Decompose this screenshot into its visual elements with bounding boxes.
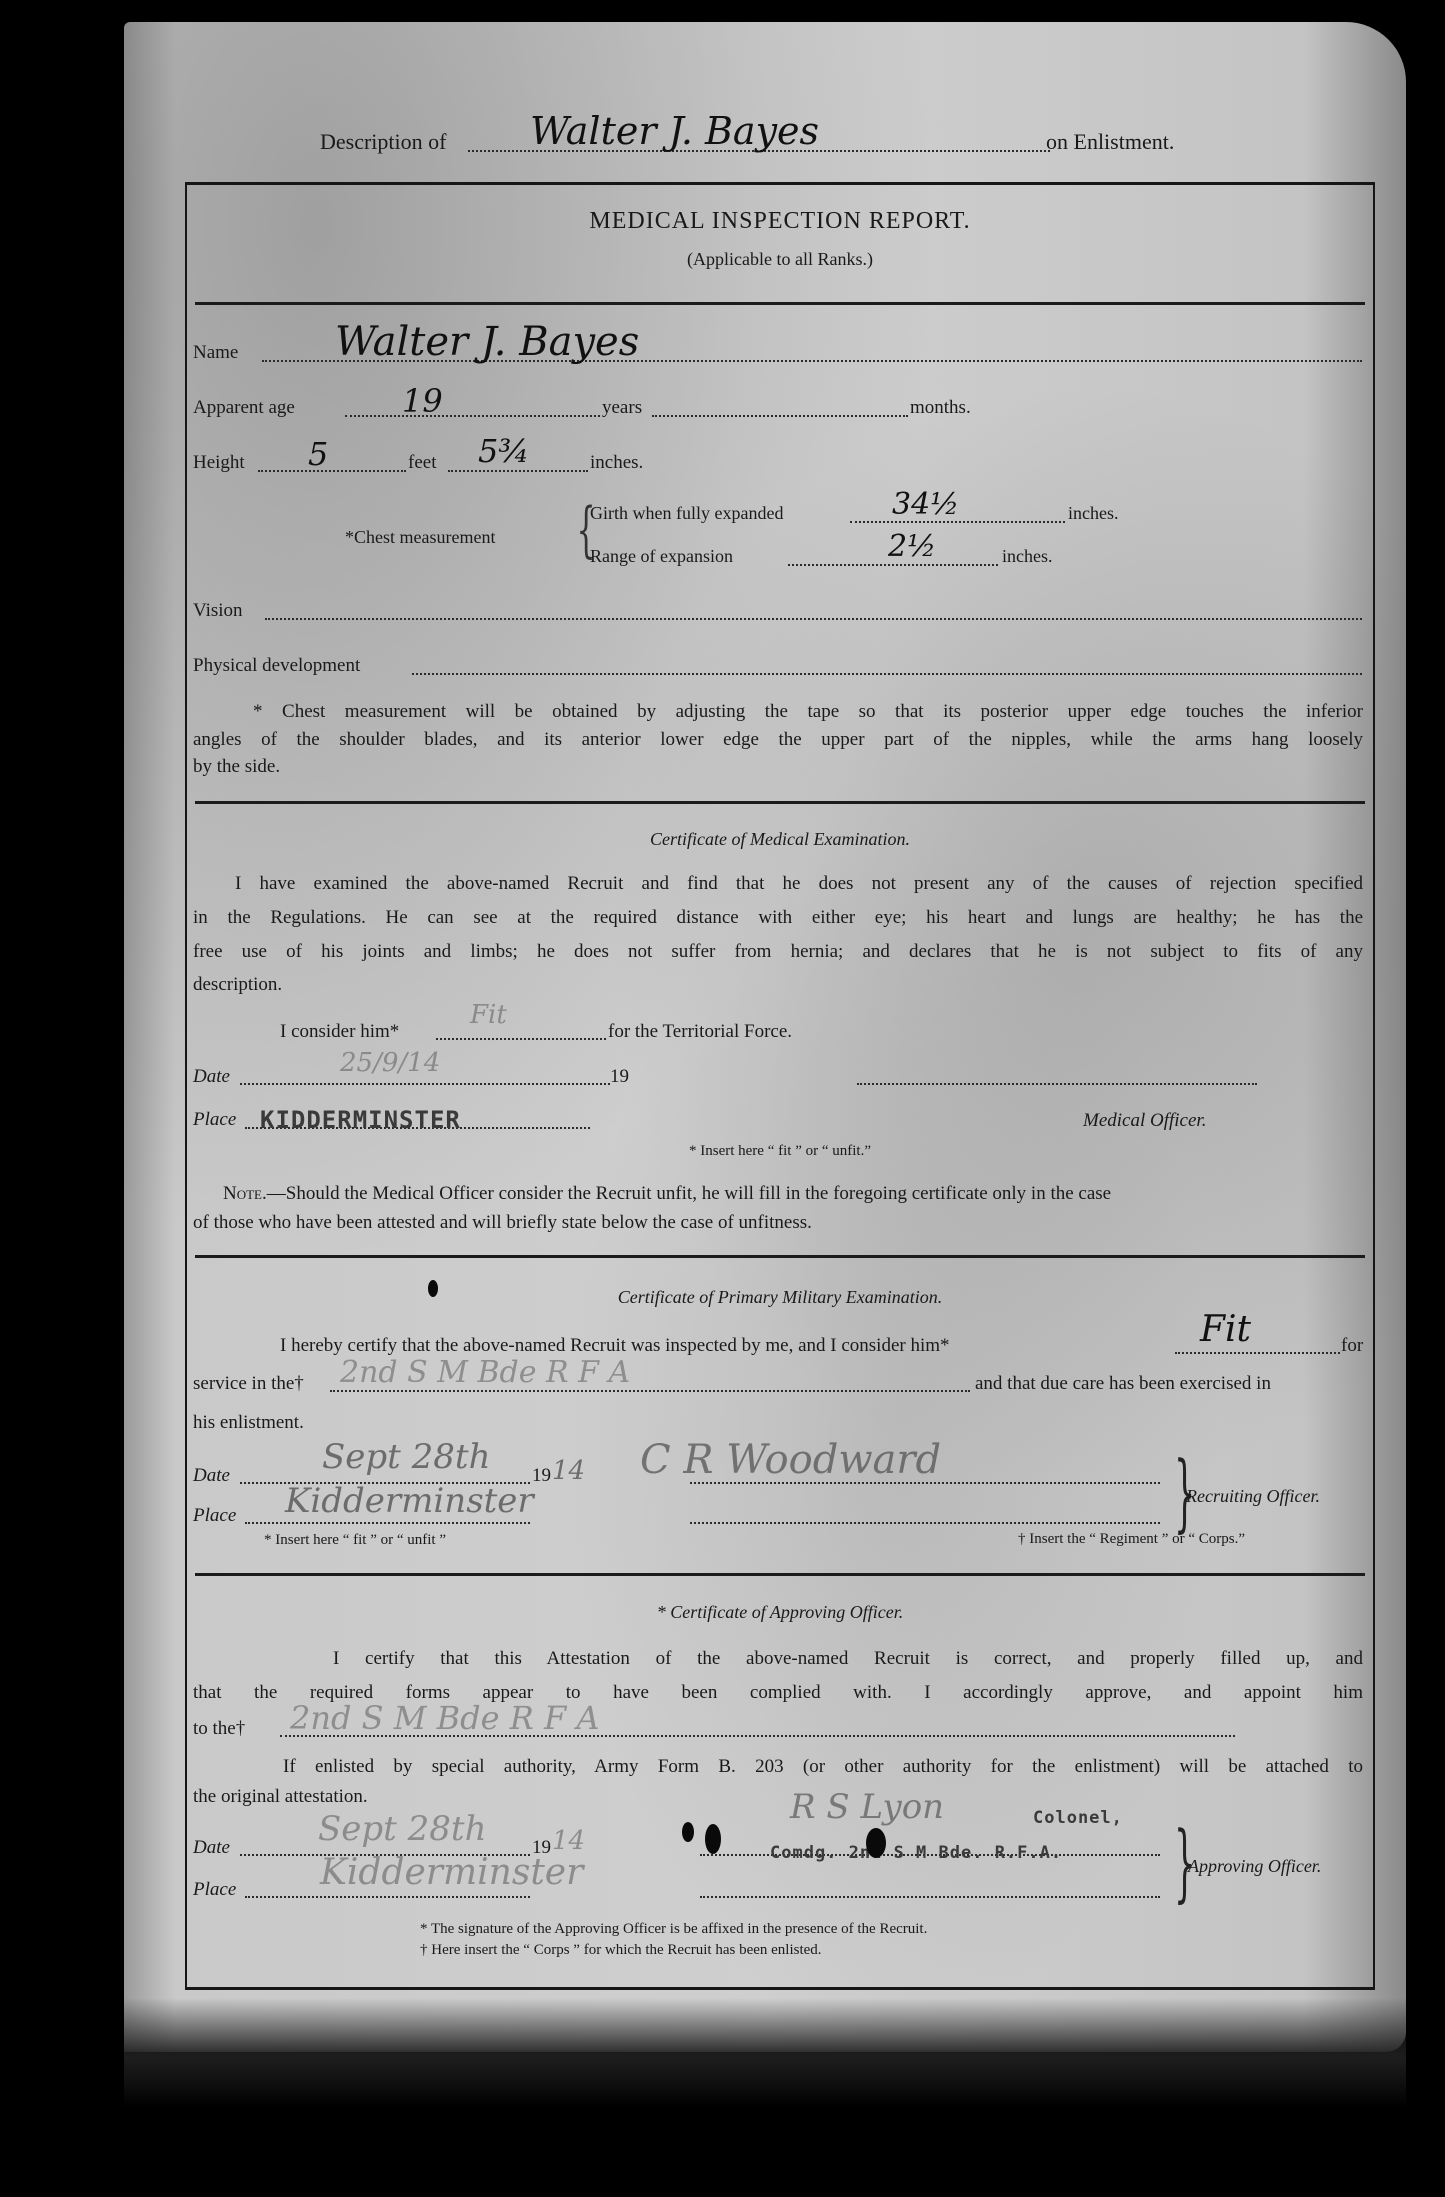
medical-cert-line-2: in the Regulations. He can see at the re… [193, 907, 1363, 929]
military-fitness-value[interactable]: Fit [1200, 1312, 1251, 1348]
approving-place-dots [245, 1896, 530, 1898]
consider-prefix: I consider him* [280, 1022, 399, 1041]
approving-place-right-dots [700, 1896, 1160, 1898]
medical-place-stamp: KIDDERMINSTER [260, 1106, 461, 1134]
approving-year-value[interactable]: 14 [552, 1828, 585, 1854]
report-title: MEDICAL INSPECTION REPORT. [185, 209, 1375, 233]
consider-value[interactable]: Fit [470, 1002, 507, 1028]
girth-label: Girth when fully expanded [590, 504, 783, 522]
vision-dots [265, 618, 1362, 620]
report-subtitle: (Applicable to all Ranks.) [185, 250, 1375, 268]
approving-officer-signature[interactable]: R S Lyon [790, 1790, 944, 1824]
height-feet-unit: feet [408, 453, 436, 472]
ink-blot [866, 1828, 886, 1858]
medical-cert-line-3: free use of his joints and limbs; he doe… [193, 941, 1363, 963]
chest-note-line-1: * Chest measurement will be obtained by … [193, 701, 1363, 723]
stamp-unit: Comdg. 2nd S M Bde. R.F.A. [770, 1843, 1062, 1863]
medical-place-label: Place [193, 1110, 236, 1129]
special-line-1: If enlisted by special authority, Army F… [193, 1756, 1363, 1778]
height-feet-dots [258, 470, 406, 472]
appoint-value[interactable]: 2nd S M Bde R F A [290, 1702, 600, 1734]
approving-date-value[interactable]: Sept 28th [318, 1812, 486, 1846]
girth-value[interactable]: 34½ [892, 490, 959, 520]
header-prefix: Description of [320, 131, 446, 153]
military-line2-suffix: and that due care has been exercised in [975, 1374, 1271, 1393]
medical-date-value[interactable]: 25/9/14 [340, 1050, 440, 1076]
consider-dots [436, 1038, 606, 1040]
vision-label: Vision [193, 601, 243, 620]
section-divider [195, 302, 1365, 305]
military-place-value[interactable]: Kidderminster [285, 1484, 534, 1518]
height-inches-value[interactable]: 5¾ [478, 435, 529, 467]
age-months-dots [652, 415, 908, 417]
note-label-text: Note. [223, 1183, 267, 1204]
age-years-unit: years [602, 398, 642, 417]
height-inches-dots [448, 470, 588, 472]
section-divider [195, 1573, 1365, 1576]
recruiting-officer-label: Recruiting Officer. [1186, 1487, 1320, 1505]
special-line-2: the original attestation. [193, 1787, 368, 1806]
military-line3: his enlistment. [193, 1413, 304, 1432]
medical-signature-dots [857, 1083, 1257, 1085]
medical-insert-note: * Insert here “ fit ” or “ unfit.” [185, 1144, 1375, 1159]
military-place-label: Place [193, 1506, 236, 1525]
age-months-unit: months. [910, 398, 971, 417]
medical-cert-line-4: description. [193, 975, 282, 994]
footnote-1: * The signature of the Approving Officer… [420, 1922, 927, 1937]
footnote-2: † Here insert the “ Corps ” for which th… [420, 1943, 822, 1958]
height-inches-unit: inches. [590, 453, 643, 472]
note-label: Note.—Should the Medical Officer conside… [223, 1184, 1111, 1203]
section-divider [195, 801, 1365, 804]
age-label: Apparent age [193, 398, 295, 417]
military-place-dots [245, 1522, 530, 1524]
ink-blot [682, 1822, 694, 1842]
military-year-value[interactable]: 14 [552, 1458, 585, 1484]
section-divider [195, 1255, 1365, 1258]
military-fitness-dots [1175, 1352, 1340, 1354]
military-date-value[interactable]: Sept 28th [322, 1440, 490, 1474]
military-insert-note-right: † Insert the “ Regiment ” or “ Corps.” [1018, 1532, 1245, 1547]
medical-officer-signature[interactable] [900, 1035, 911, 1069]
header-suffix: on Enlistment. [1046, 131, 1174, 153]
physical-dots [412, 673, 1362, 675]
chest-note-line-2: angles of the shoulder blades, and its a… [193, 729, 1363, 751]
approving-date-label: Date [193, 1838, 230, 1857]
range-value[interactable]: 2½ [888, 532, 936, 562]
military-insert-note-left: * Insert here “ fit ” or “ unfit ” [264, 1533, 446, 1548]
military-place-right-dots [690, 1522, 1160, 1524]
medical-date-dots [240, 1083, 610, 1085]
military-line2-prefix: service in the† [193, 1374, 304, 1393]
military-line1-prefix: I hereby certify that the above-named Re… [280, 1336, 950, 1355]
header-recruit-name[interactable]: Walter J. Bayes [530, 112, 819, 150]
stamp-rank: Colonel, [1033, 1808, 1123, 1828]
age-years-value[interactable]: 19 [402, 385, 443, 417]
military-unit-dots [330, 1390, 970, 1392]
name-value[interactable]: Walter J. Bayes [335, 322, 639, 362]
recruiting-officer-signature[interactable]: C R Woodward [640, 1440, 941, 1480]
approving-place-label: Place [193, 1880, 236, 1899]
approving-officer-label: Approving Officer. [1188, 1857, 1321, 1875]
note-line-2: of those who have been attested and will… [193, 1213, 812, 1232]
chest-note-line-3: by the side. [193, 757, 280, 776]
note-line-1: —Should the Medical Officer consider the… [267, 1183, 1111, 1204]
approving-cert-title: * Certificate of Approving Officer. [185, 1603, 1375, 1621]
consider-suffix: for the Territorial Force. [608, 1022, 792, 1041]
approving-line-1: I certify that this Attestation of the a… [193, 1648, 1363, 1670]
military-year-prefix: 19 [532, 1466, 551, 1485]
appoint-prefix: to the† [193, 1719, 245, 1738]
physical-label: Physical development [193, 656, 360, 675]
name-label: Name [193, 343, 238, 362]
military-line1-suffix: for [1341, 1336, 1363, 1355]
chest-label: *Chest measurement [345, 528, 495, 546]
range-unit: inches. [1002, 547, 1052, 565]
medical-year-prefix: 19 [610, 1067, 629, 1086]
age-years-dots [345, 415, 600, 417]
medical-date-label: Date [193, 1067, 230, 1086]
height-label: Height [193, 453, 245, 472]
paper-shadow [124, 1998, 1406, 2108]
range-dots [788, 564, 998, 566]
girth-unit: inches. [1068, 504, 1118, 522]
height-feet-value[interactable]: 5 [308, 438, 328, 470]
military-unit-value[interactable]: 2nd S M Bde R F A [340, 1358, 630, 1388]
ink-blot [705, 1824, 721, 1854]
military-cert-title: Certificate of Primary Military Examinat… [185, 1288, 1375, 1306]
approving-place-value[interactable]: Kidderminster [320, 1855, 583, 1891]
medical-cert-line-1: I have examined the above-named Recruit … [193, 873, 1363, 895]
medical-officer-label: Medical Officer. [1083, 1111, 1206, 1130]
military-date-label: Date [193, 1466, 230, 1485]
range-label: Range of expansion [590, 547, 733, 565]
medical-cert-title: Certificate of Medical Examination. [185, 830, 1375, 848]
